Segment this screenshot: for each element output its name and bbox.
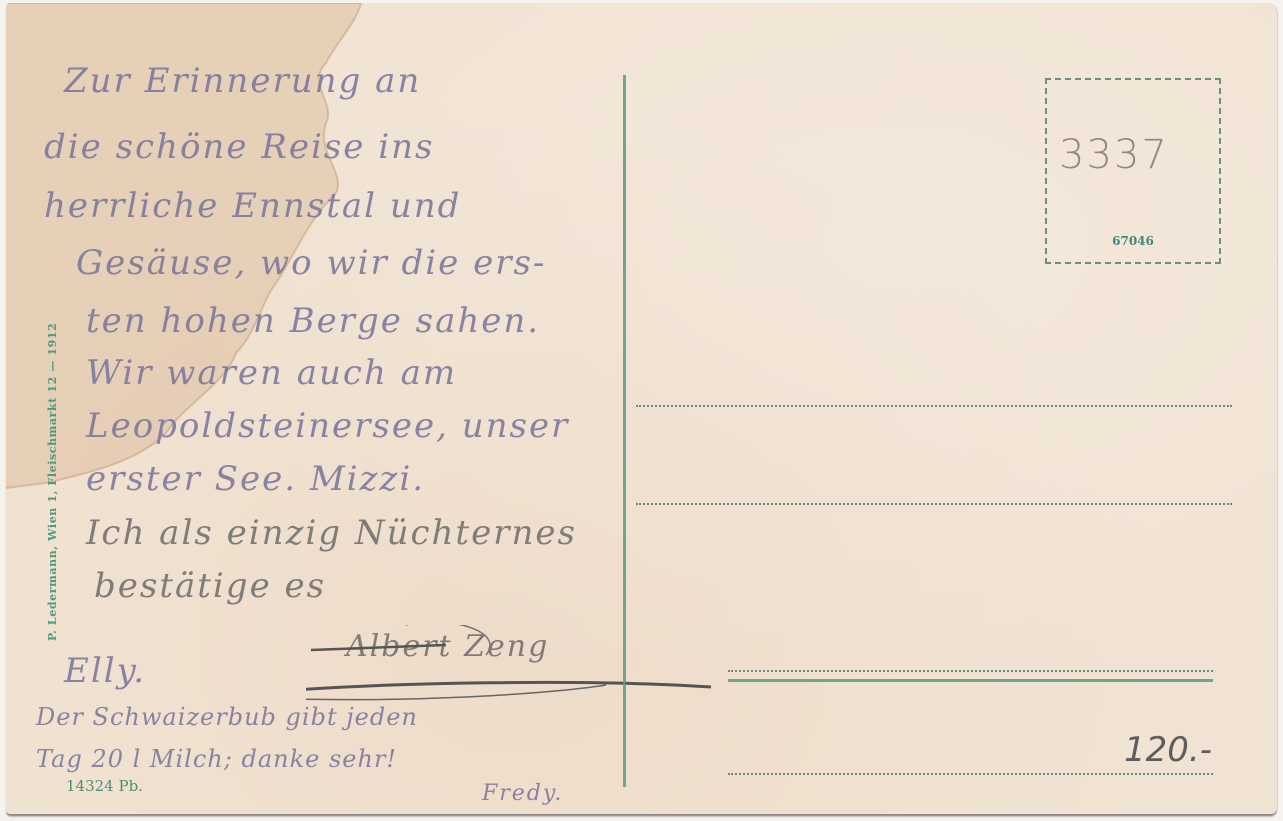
message-line: erster See. Mizzi. bbox=[86, 459, 425, 499]
address-line-4 bbox=[728, 773, 1213, 775]
postscript-signature: Fredy. bbox=[482, 781, 563, 806]
message-line: die schöne Reise ins bbox=[44, 127, 434, 167]
message-address-divider bbox=[623, 75, 626, 787]
address-line-1 bbox=[636, 405, 1232, 407]
message-signature: Elly. bbox=[64, 651, 146, 691]
address-line-3 bbox=[728, 670, 1213, 672]
message-line: Wir waren auch am bbox=[86, 353, 457, 393]
postscript-line: Tag 20 l Milch; danke sehr! bbox=[36, 745, 397, 773]
publisher-imprint: P. Ledermann, Wien 1, Fleischmarkt 12 — … bbox=[46, 323, 59, 641]
address-underline bbox=[728, 679, 1213, 682]
postcard: Zur Erinnerung an die schöne Reise ins h… bbox=[6, 3, 1277, 814]
postscript-line: Der Schwaizerbub gibt jeden bbox=[36, 703, 418, 731]
address-line-2 bbox=[636, 503, 1232, 505]
message-line: Gesäuse, wo wir die ers- bbox=[76, 243, 546, 283]
message-line: herrliche Ennstal und bbox=[44, 186, 461, 226]
strike-through-marks bbox=[306, 625, 716, 705]
message-line: ten hohen Berge sahen. bbox=[86, 301, 540, 341]
message-line: bestätige es bbox=[94, 566, 326, 606]
stamp-code: 67046 bbox=[1047, 234, 1219, 248]
message-line: Leopoldsteinersee, unser bbox=[86, 406, 569, 446]
pencil-note: 3337 bbox=[1059, 132, 1169, 178]
message-line: Ich als einzig Nüchternes bbox=[86, 513, 577, 553]
serial-number: 14324 Pb. bbox=[66, 777, 143, 795]
message-line: Zur Erinnerung an bbox=[64, 61, 421, 101]
price-note: 120.- bbox=[1124, 730, 1212, 770]
stamp-placeholder: 3337 67046 bbox=[1045, 78, 1221, 264]
